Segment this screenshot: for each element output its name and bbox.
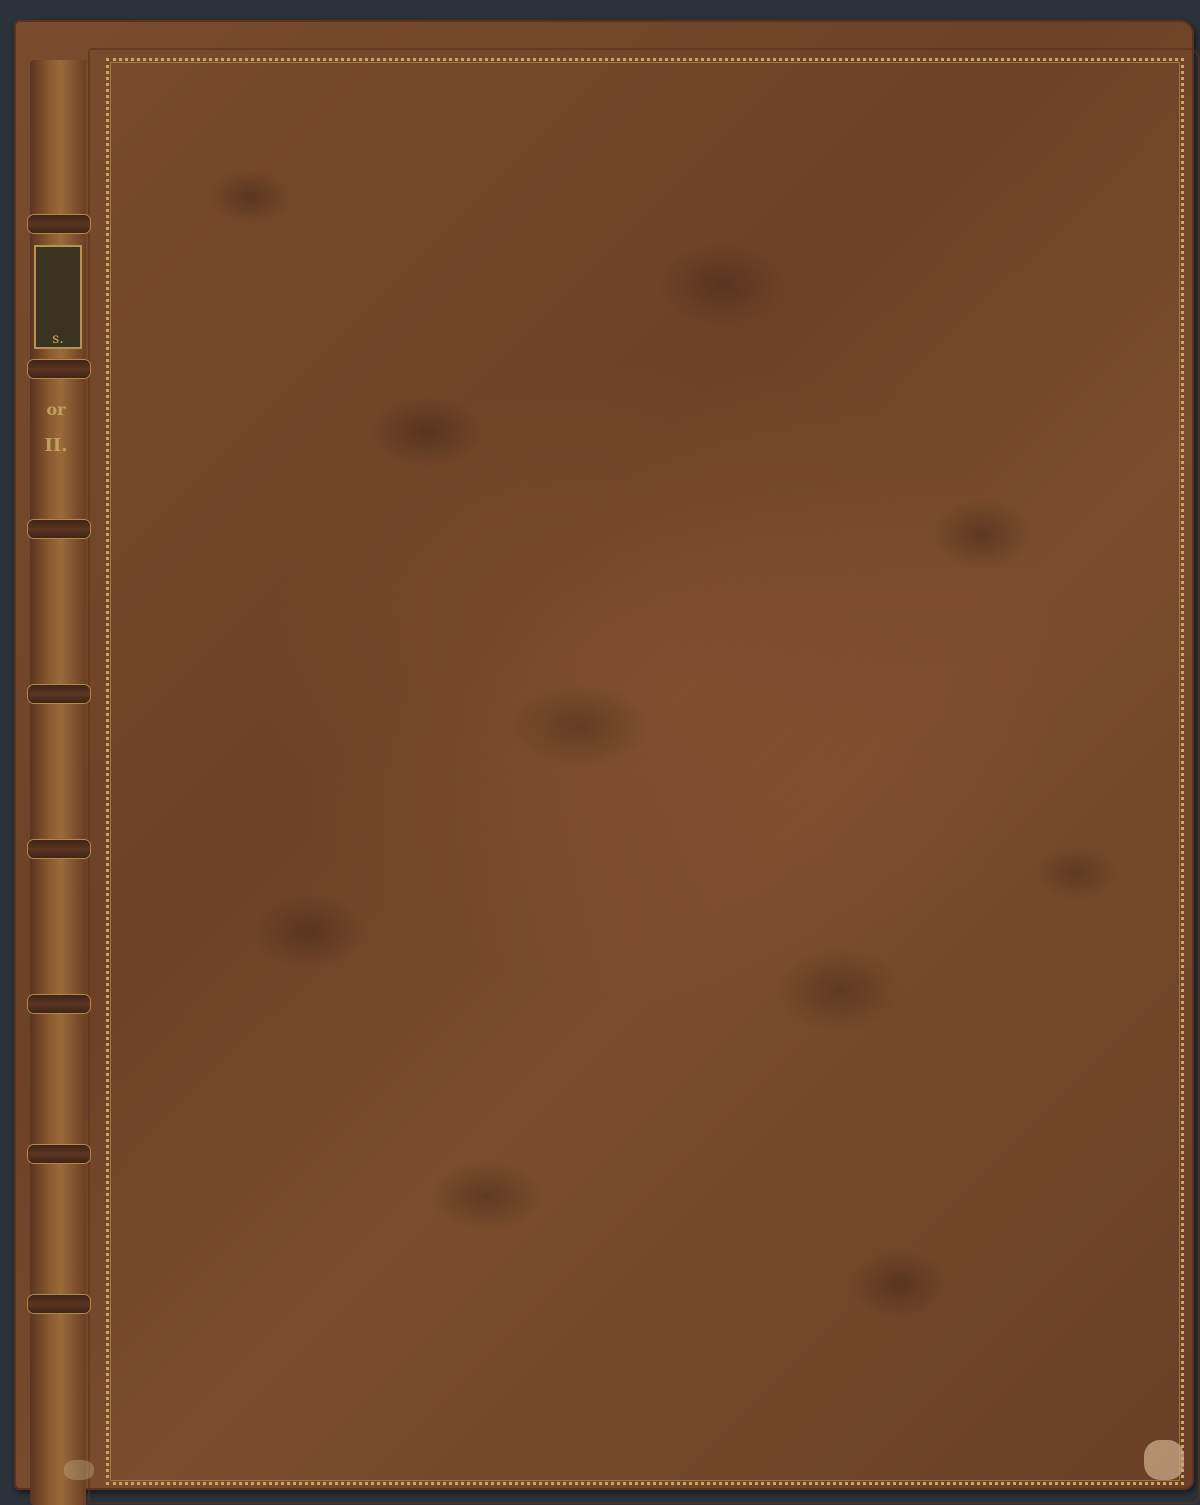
spine-title-label: s. <box>34 245 82 349</box>
spine-band <box>28 1145 90 1163</box>
spine-band <box>28 995 90 1013</box>
worn-corner <box>64 1460 94 1480</box>
spine-title-text: s. <box>52 331 64 347</box>
spine-band <box>28 840 90 858</box>
spine-band <box>28 215 90 233</box>
spine-fragment-text: or <box>34 400 78 419</box>
spine-band <box>28 685 90 703</box>
spine: s. or II. <box>30 60 86 1505</box>
spine-band <box>28 360 90 378</box>
book-cover: s. or II. <box>14 20 1194 1490</box>
spine-volume-text: II. <box>34 435 78 456</box>
spine-band <box>28 520 90 538</box>
worn-corner <box>1144 1440 1184 1480</box>
spine-band <box>28 1295 90 1313</box>
gilt-border-inner <box>110 62 1180 1481</box>
